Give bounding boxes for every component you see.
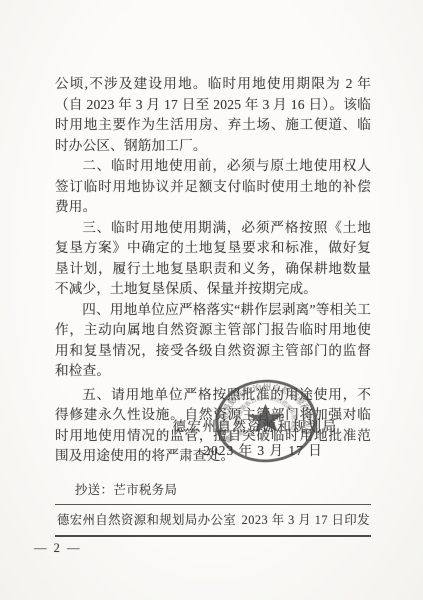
page-number: — 2 — (34, 541, 371, 556)
paragraph: 四、用地单位应严格落实“耕作层剥离”等相关工作，主动向属地自然资源主管部门报告临… (55, 300, 371, 382)
issuer-office: 德宏州自然资源和规划局办公室 (57, 510, 236, 528)
paragraph: 公顷,不涉及建设用地。临时用地使用期限为 2 年（自 2023 年 3 月 17… (55, 74, 371, 156)
print-date: 2023 年 3 月 17 日印发 (242, 510, 370, 528)
signature-date: 2023 年 3 月 17 日 (156, 439, 370, 459)
paragraph: 三、临时用地使用期满，必须严格按照《土地复垦方案》中确定的土地复垦要求和标准，做… (55, 218, 371, 300)
document-page: 公顷,不涉及建设用地。临时用地使用期限为 2 年（自 2023 年 3 月 17… (0, 0, 423, 600)
paragraph: 二、临时用地使用前，必须与原土地使用权人签订临时用地协议并足额支付临时使用土地的… (55, 156, 371, 218)
cc-line: 抄送：芒市税务局 (55, 478, 371, 505)
footer: 抄送：芒市税务局 德宏州自然资源和规划局办公室 2023 年 3 月 17 日印… (55, 478, 371, 556)
signature-org: 德宏州自然资源和规划局 (148, 415, 362, 435)
issuer-row: 德宏州自然资源和规划局办公室 2023 年 3 月 17 日印发 (55, 505, 371, 537)
